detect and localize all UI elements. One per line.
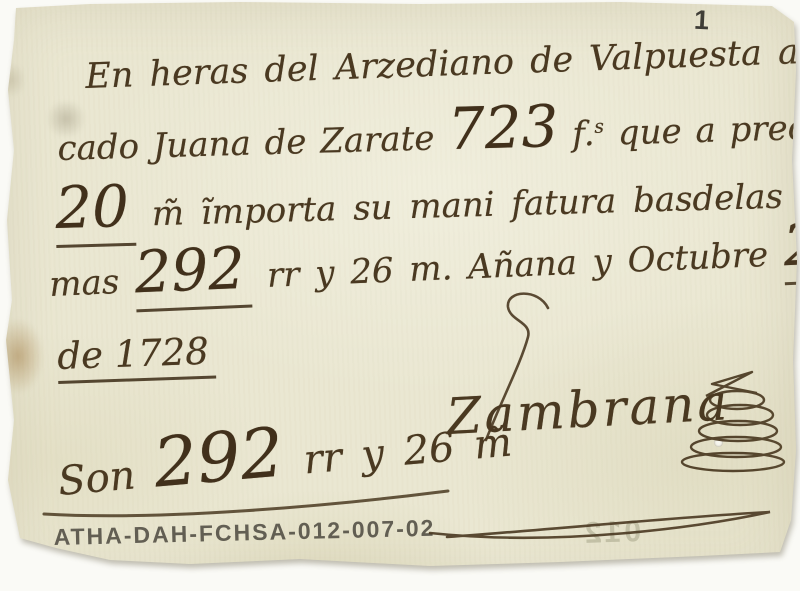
manuscript-paper: 1 En heras del Arzediano de Valpuesta a … xyxy=(0,0,800,591)
text-segment: m̃ ĩmporta su mani fatura basdelas mez xyxy=(134,174,800,235)
superscript-s: s xyxy=(594,117,604,138)
text-segment: mas xyxy=(48,261,135,305)
paper-stain-edge xyxy=(0,60,24,100)
manuscript-line-4: mas 292 rr y 26 m. Añana y Octubre 23 xyxy=(49,234,800,302)
text-segment: rr y 26 m̃ xyxy=(282,419,514,485)
amount-723: 723 xyxy=(447,92,559,163)
text-segment: rr y 26 m. Añana y Octubre xyxy=(250,234,784,296)
date-day-23-underlined: 23 xyxy=(782,208,800,285)
paper-shadow-wrap: 1 En heras del Arzediano de Valpuesta a … xyxy=(0,0,800,591)
amount-292-underlined: 292 xyxy=(133,234,252,313)
manuscript-line-1: En heras del Arzediano de Valpuesta a fa… xyxy=(85,32,800,95)
text-segment: cado Juana de Zarate xyxy=(57,118,449,169)
manuscript-line-3: 20 m̃ ĩmporta su mani fatura basdelas me… xyxy=(55,177,800,234)
text-segment: que a precio de xyxy=(604,106,800,154)
pencil-folio-number: 1 xyxy=(693,5,710,37)
amount-20-underlined: 20 xyxy=(54,172,136,248)
total-amount-292: 292 xyxy=(151,413,287,503)
manuscript-line-5: de 1728 xyxy=(57,333,216,375)
ink-bleedthrough: 012 xyxy=(581,515,641,551)
total-line: Son 292 rr y 26 m̃ xyxy=(57,422,514,502)
document-scan: 1 En heras del Arzediano de Valpuesta a … xyxy=(0,0,800,591)
manuscript-line-2: cado Juana de Zarate 723 f.s que a preci… xyxy=(57,109,800,166)
paper-stain-brown xyxy=(0,318,44,394)
year-1728-underlined: de 1728 xyxy=(57,330,216,384)
text-segment: f. xyxy=(558,114,595,155)
text-segment: Son xyxy=(56,451,157,505)
text-segment: En heras del Arzediano de Valpuesta a fa… xyxy=(85,29,800,97)
pin-hole xyxy=(714,438,723,447)
archival-reference-code: ATHA-DAH-FCHSA-012-007-02 xyxy=(53,515,435,551)
